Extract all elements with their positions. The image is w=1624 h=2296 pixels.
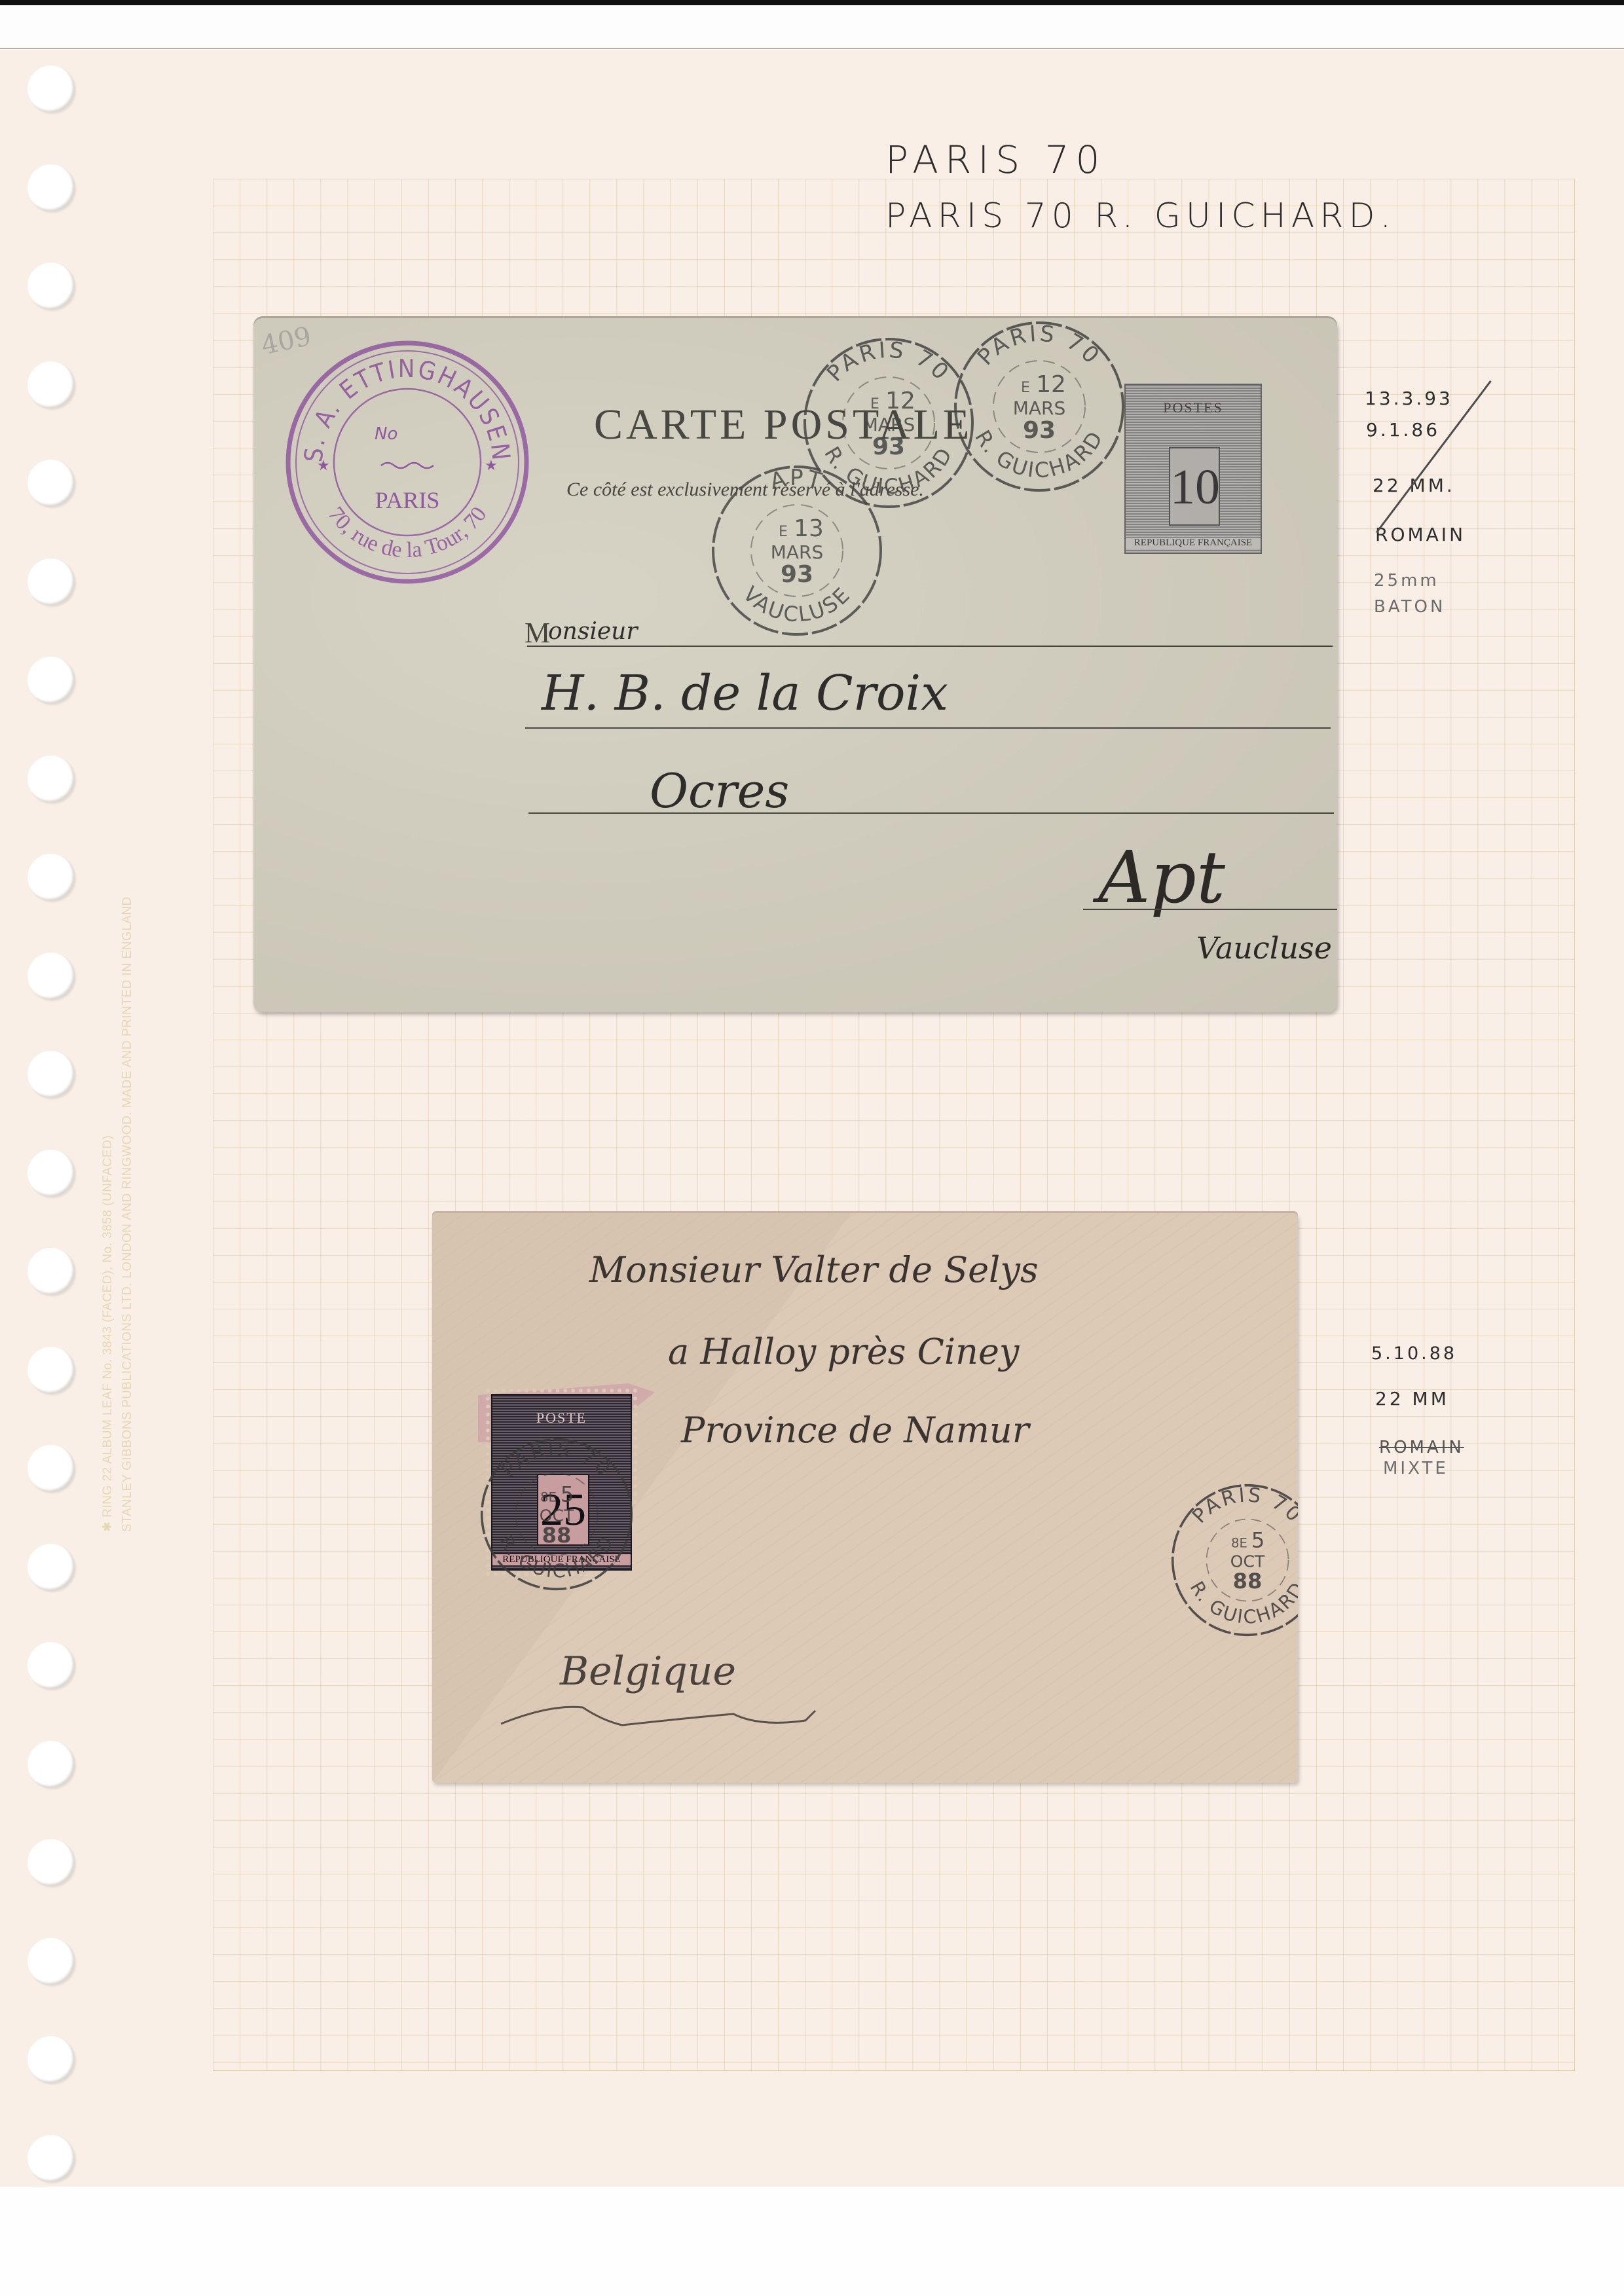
- svg-text:★: ★: [485, 458, 498, 474]
- svg-text:PARIS 70: PARIS 70: [822, 337, 955, 387]
- postcard-item: 409 S. A. ETTINGHAUSEN 70, rue de la Tou…: [253, 318, 1337, 1012]
- svg-text:VAUCLUSE: VAUCLUSE: [738, 581, 856, 627]
- annotation-env-size: 22 MM: [1375, 1388, 1449, 1410]
- address-region: Vaucluse: [1196, 930, 1332, 966]
- scanner-lid-edge: [0, 5, 1624, 49]
- svg-text:93: 93: [872, 433, 905, 460]
- svg-text:93: 93: [1023, 417, 1056, 444]
- binder-hole: [28, 657, 75, 704]
- country-underline-flourish: [498, 1698, 825, 1737]
- binder-hole: [28, 65, 75, 113]
- cachet-city: PARIS: [375, 487, 440, 513]
- envelope-address-country: Belgique: [560, 1649, 736, 1694]
- imprint-line-2: STANLEY GIBBONS PUBLICATIONS LTD. LONDON…: [118, 681, 138, 1532]
- svg-text:MARS: MARS: [771, 541, 824, 563]
- svg-text:8E: 8E: [540, 1489, 557, 1504]
- svg-text:12: 12: [885, 388, 915, 414]
- svg-text:88: 88: [542, 1523, 572, 1548]
- svg-text:APT: APT: [767, 465, 827, 495]
- stamp-label-top: POSTE: [492, 1410, 631, 1427]
- firm-cachet-stamp: S. A. ETTINGHAUSEN 70, rue de la Tour, 7…: [276, 331, 538, 593]
- svg-text:PARIS 70: PARIS 70: [497, 1438, 616, 1482]
- binder-hole: [28, 361, 75, 409]
- svg-text:8E: 8E: [1231, 1535, 1247, 1550]
- binder-hole: [28, 1544, 75, 1591]
- binder-hole: [28, 1347, 75, 1394]
- svg-text:5: 5: [1251, 1527, 1264, 1552]
- address-prefix: M: [525, 616, 550, 649]
- address-line-2: Ocres: [650, 763, 789, 818]
- binder-hole: [28, 1445, 75, 1492]
- svg-text:MARS: MARS: [862, 414, 915, 435]
- svg-text:PARIS 70: PARIS 70: [1188, 1484, 1298, 1528]
- binder-hole: [28, 1839, 75, 1886]
- address-rule-1: [527, 646, 1333, 647]
- envelope-address-line-3: Province de Namur: [681, 1410, 1029, 1451]
- svg-text:93: 93: [781, 561, 813, 588]
- binder-hole: [28, 1248, 75, 1295]
- binder-hole: [28, 263, 75, 310]
- postmark-paris-70-b: PARIS 70R. GUICHARDE12MARS93: [948, 318, 1131, 501]
- envelope-address-line-2: a Halloy près Ciney: [668, 1331, 1019, 1372]
- binder-hole: [28, 1938, 75, 1985]
- annotation-date-1: 13.3.93: [1365, 388, 1453, 409]
- annotation-type: ROMAIN: [1375, 524, 1466, 545]
- binder-hole: [28, 1150, 75, 1197]
- postmark-on-stamp: PARIS 70R. GUICHARD8E5OCT88: [475, 1432, 638, 1599]
- imprint-line-1: ✱ RING 22 ALBUM LEAF No. 3843 (FACED), N…: [98, 681, 118, 1532]
- address-rule-3: [528, 812, 1334, 814]
- svg-text:E: E: [870, 396, 879, 412]
- binder-hole: [28, 558, 75, 606]
- svg-text:12: 12: [1036, 371, 1066, 398]
- stamp-label-top: POSTES: [1126, 399, 1261, 416]
- envelope-address-line-1: Monsieur Valter de Selys: [589, 1249, 1039, 1290]
- address-salutation: onsieur: [548, 618, 638, 645]
- annotation-pencil-size: 25mm: [1374, 571, 1439, 591]
- annotation-env-date: 5.10.88: [1371, 1343, 1457, 1364]
- postmark-paris-70-oct-88: PARIS 70R. GUICHARD8E5OCT88: [1166, 1478, 1298, 1645]
- svg-text:★: ★: [317, 458, 330, 474]
- binder-hole: [28, 1741, 75, 1788]
- addressee-name: H. B. de la Croix: [542, 665, 948, 721]
- binder-hole: [28, 2135, 75, 2182]
- binder-hole: [28, 1051, 75, 1098]
- stamp-label-bottom: REPUBLIQUE FRANÇAISE: [1126, 537, 1261, 549]
- stamp-value: 10: [1169, 447, 1220, 526]
- address-rule-4: [1083, 909, 1337, 910]
- binder-hole: [28, 460, 75, 507]
- svg-text:PARIS 70: PARIS 70: [972, 320, 1106, 371]
- svg-text:E: E: [779, 524, 788, 540]
- binder-hole: [28, 1642, 75, 1689]
- binder-hole: [28, 164, 75, 211]
- annotation-pencil-type: BATON: [1374, 597, 1445, 617]
- cachet-number-label: No: [375, 424, 397, 444]
- address-city: Apt: [1098, 835, 1225, 919]
- svg-text:5: 5: [561, 1482, 574, 1506]
- svg-text:13: 13: [794, 515, 824, 542]
- annotation-env-type-struck: ROMAIN: [1379, 1438, 1464, 1457]
- imprinted-stamp-10c: POSTES 10 REPUBLIQUE FRANÇAISE: [1124, 384, 1262, 554]
- envelope-item: Monsieur Valter de Selys a Halloy près C…: [432, 1213, 1298, 1783]
- scan-border-top: [0, 0, 1624, 5]
- annotation-date-2: 9.1.86: [1366, 419, 1440, 441]
- binder-hole: [28, 2036, 75, 2083]
- annotation-env-type: MIXTE: [1383, 1459, 1449, 1478]
- svg-text:E: E: [1021, 380, 1030, 396]
- page-heading-line-2: PARIS 70 R. GUICHARD.: [885, 196, 1396, 236]
- binder-hole: [28, 756, 75, 803]
- address-rule-2: [525, 727, 1331, 729]
- scan-background-bottom: [0, 2187, 1624, 2296]
- postmark-apt-vaucluse: APTVAUCLUSEE13MARS93: [705, 459, 889, 645]
- binder-hole: [28, 854, 75, 901]
- publisher-imprint: ✱ RING 22 ALBUM LEAF No. 3843 (FACED), N…: [98, 681, 138, 1532]
- annotation-size: 22 MM.: [1373, 475, 1455, 496]
- binder-hole: [28, 953, 75, 1000]
- svg-text:MARS: MARS: [1013, 397, 1066, 419]
- svg-text:88: 88: [1233, 1569, 1263, 1594]
- page-heading-line-1: PARIS 70: [885, 137, 1106, 182]
